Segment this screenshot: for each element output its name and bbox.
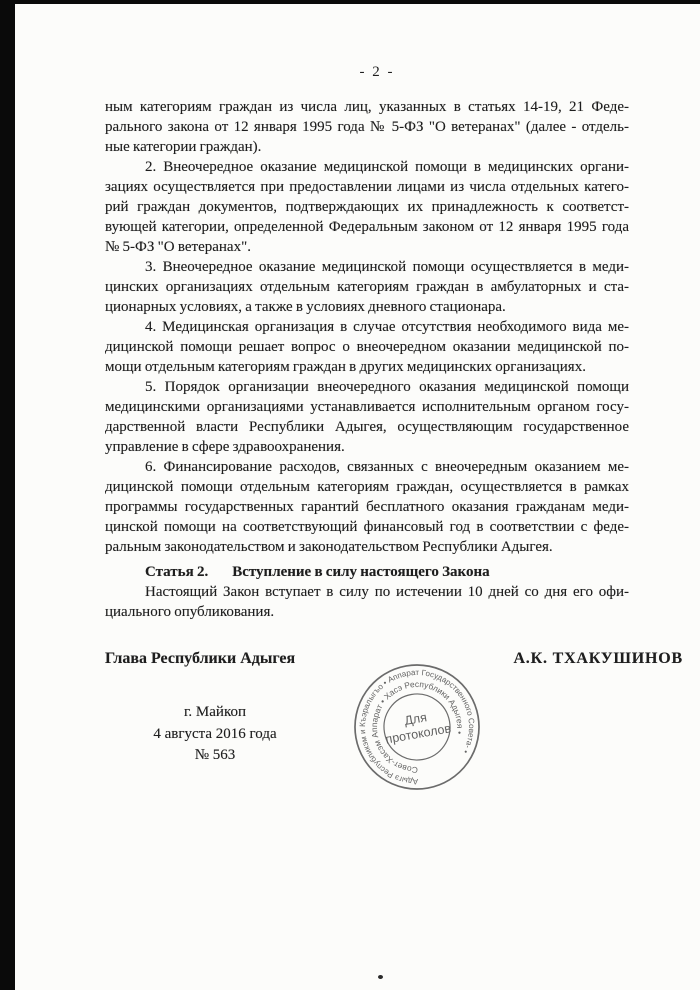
document-body: ным категориям граждан из числа лиц, ука… [105,97,629,622]
text-line: зациях осуществляется при предоставлении… [105,177,629,197]
text-line: 3. Внеочередное оказание медицинской пом… [105,257,629,277]
article-heading: Статья 2.Вступление в силу настоящего За… [105,562,629,582]
issue-date: 4 августа 2016 года [125,724,305,746]
text-line: циального опубликования. [105,602,629,622]
paragraph: 3. Внеочередное оказание медицинской пом… [105,257,629,317]
text-line: 5. Порядок организации внеочередного ока… [105,377,629,397]
issue-city: г. Майкоп [125,702,305,724]
page-number: - 2 - [27,64,700,81]
text-line: 6. Финансирование расходов, связанных с … [105,457,629,477]
text-line: ральным законодательством и законодатель… [105,537,629,557]
paragraph: 5. Порядок организации внеочередного ока… [105,377,629,457]
scan-speck [378,975,383,979]
issue-number: № 563 [125,745,305,767]
paragraph: 6. Финансирование расходов, связанных с … [105,457,629,557]
paragraph: 4. Медицинская организация в случае отсу… [105,317,629,377]
text-line: ные категории граждан). [105,137,629,157]
text-line: медицинскими организациями устанавливает… [105,397,629,417]
round-stamp: Адыгэ Республикэм и Къэралыгъо • Аппарат… [327,637,507,817]
scan-edge-left [0,0,15,990]
signature-title: Глава Республики Адыгея [105,650,295,668]
text-line: рального закона от 12 января 1995 года №… [105,117,629,137]
text-line: программы государственных гарантий беспл… [105,497,629,517]
text-line: дарственной власти Республики Адыгея, ос… [105,417,629,437]
text-line: № 5-ФЗ "О ветеранах". [105,237,629,257]
article-label: Статья 2. [145,564,208,580]
text-line: дицинской помощи отдельным категориям гр… [105,477,629,497]
text-line: рий граждан документов, подтверждающих и… [105,197,629,217]
article-lines: Настоящий Закон вступает в силу по истеч… [105,582,629,622]
text-line: ционарных условиях, а также в условиях д… [105,297,629,317]
text-line: ным категориям граждан из числа лиц, ука… [105,97,629,117]
text-line: дицинской помощи решает вопрос о внеочер… [105,337,629,357]
text-line: 4. Медицинская организация в случае отсу… [105,317,629,337]
text-line: вующей категории, определенной Федеральн… [105,217,629,237]
signature-name: А.К. ТХАКУШИНОВ [513,650,683,668]
text-line: мощи отдельным категориям граждан в друг… [105,357,629,377]
paragraphs: ным категориям граждан из числа лиц, ука… [105,97,629,557]
scanned-document-page: - 2 - ным категориям граждан из числа ли… [0,0,700,990]
text-line: 2. Внеочередное оказание медицинской пом… [105,157,629,177]
text-line: цинской помощи на соответствующий финанс… [105,517,629,537]
paragraph: 2. Внеочередное оказание медицинской пом… [105,157,629,257]
article-title: Вступление в силу настоящего Закона [232,564,489,580]
paragraph: Настоящий Закон вступает в силу по истеч… [105,582,629,622]
paragraph: ным категориям граждан из числа лиц, ука… [105,97,629,157]
scan-edge-top [0,0,700,4]
text-line: цинских организациях отдельным категория… [105,277,629,297]
issue-block: г. Майкоп 4 августа 2016 года № 563 [125,702,305,767]
text-line: управление в сфере здравоохранения. [105,437,629,457]
text-line: Настоящий Закон вступает в силу по истеч… [105,582,629,602]
